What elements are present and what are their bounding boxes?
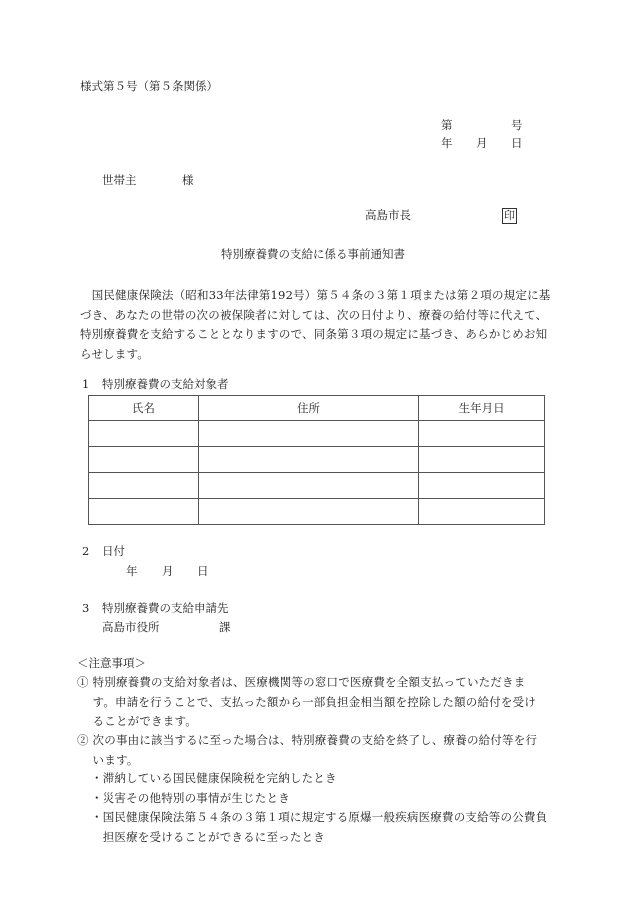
table-row: [89, 421, 545, 447]
reference-year: 年: [441, 138, 453, 150]
cell-name: [89, 499, 199, 525]
note-line: ① 特別療養費の支給対象者は、医療機関等の窓口で医療費を全額支払っていただきま: [77, 673, 557, 693]
table-row: [89, 473, 545, 499]
note-line: ② 次の事由に該当するに至った場合は、特別療養費の支給を終了し、療養の給付等を行: [77, 731, 557, 751]
cell-name: [89, 447, 199, 473]
table-row: [89, 447, 545, 473]
cell-name: [89, 473, 199, 499]
addressee-role: 世帯主: [102, 175, 137, 187]
seal-icon: 印: [502, 208, 517, 224]
application-office: 高島市役所: [102, 622, 160, 634]
date-day: 日: [197, 566, 209, 578]
form-label: 様式第５号（第５条関係）: [80, 81, 218, 93]
bullet-item: ・災害その他特別の事情が生じたとき: [91, 789, 561, 809]
note-item-1: ① 特別療養費の支給対象者は、医療機関等の窓口で医療費を全額支払っていただきま …: [77, 673, 557, 732]
cell-birthdate: [419, 473, 545, 499]
column-header-name: 氏名: [89, 396, 199, 421]
intro-line: らせします。: [80, 345, 550, 365]
note-line: います。: [77, 751, 557, 771]
bullet-item: ・滞納している国民健康保険税を完納したとき: [91, 769, 561, 789]
note-bullets: ・滞納している国民健康保険税を完納したとき ・災害その他特別の事情が生じたとき …: [91, 769, 561, 847]
intro-paragraph: 国民健康保険法（昭和33年法律第192号）第５４条の３第１項または第２項の規定に…: [80, 286, 550, 364]
cell-address: [198, 473, 419, 499]
section1-heading: 特別療養費の支給対象者: [102, 379, 229, 391]
cell-address: [198, 499, 419, 525]
cell-birthdate: [419, 499, 545, 525]
document-title: 特別療養費の支給に係る事前通知書: [221, 249, 405, 261]
issuer-name: 高島市長: [365, 210, 411, 222]
reference-day: 日: [511, 138, 523, 150]
intro-line: 特別療養費を支給することとなりますので、同条第３項の規定に基づき、あらかじめお知: [80, 325, 550, 345]
addressee-honorific: 様: [182, 175, 194, 187]
subjects-table: 氏名 住所 生年月日: [88, 395, 545, 525]
section2-heading: 日付: [102, 546, 125, 558]
section3-number: 3: [82, 603, 89, 615]
bullet-item: ・国民健康保険法第５４条の３第１項に規定する原爆一般疾病医療費の支給等の公費負: [91, 808, 561, 828]
reference-month: 月: [476, 138, 488, 150]
section3-heading: 特別療養費の支給申請先: [102, 603, 229, 615]
date-month: 月: [162, 566, 174, 578]
cell-address: [198, 421, 419, 447]
cell-name: [89, 421, 199, 447]
reference-number-suffix: 号: [511, 120, 523, 132]
section2-number: 2: [82, 546, 89, 558]
cell-birthdate: [419, 421, 545, 447]
intro-line: づき、あなたの世帯の次の被保険者に対しては、次の日付より、療養の給付等に代えて、: [80, 306, 550, 326]
note-line: ることができます。: [77, 712, 557, 732]
reference-number-prefix: 第: [441, 120, 453, 132]
official-seal: 印: [502, 208, 517, 224]
section1-number: 1: [82, 379, 89, 391]
date-year: 年: [126, 566, 138, 578]
notes-heading: ＜注意事項＞: [77, 658, 146, 670]
note-item-2: ② 次の事由に該当するに至った場合は、特別療養費の支給を終了し、療養の給付等を行…: [77, 731, 557, 770]
note-line: す。申請を行うことで、支払った額から一部負担金相当額を控除した額の給付を受け: [77, 693, 557, 713]
bullet-item-continuation: 担医療を受けることができるに至ったとき: [91, 828, 561, 848]
cell-address: [198, 447, 419, 473]
table-header-row: 氏名 住所 生年月日: [89, 396, 545, 421]
column-header-birthdate: 生年月日: [419, 396, 545, 421]
column-header-address: 住所: [198, 396, 419, 421]
table-row: [89, 499, 545, 525]
cell-birthdate: [419, 447, 545, 473]
division-suffix: 課: [219, 622, 231, 634]
intro-line: 国民健康保険法（昭和33年法律第192号）第５４条の３第１項または第２項の規定に…: [80, 286, 550, 306]
